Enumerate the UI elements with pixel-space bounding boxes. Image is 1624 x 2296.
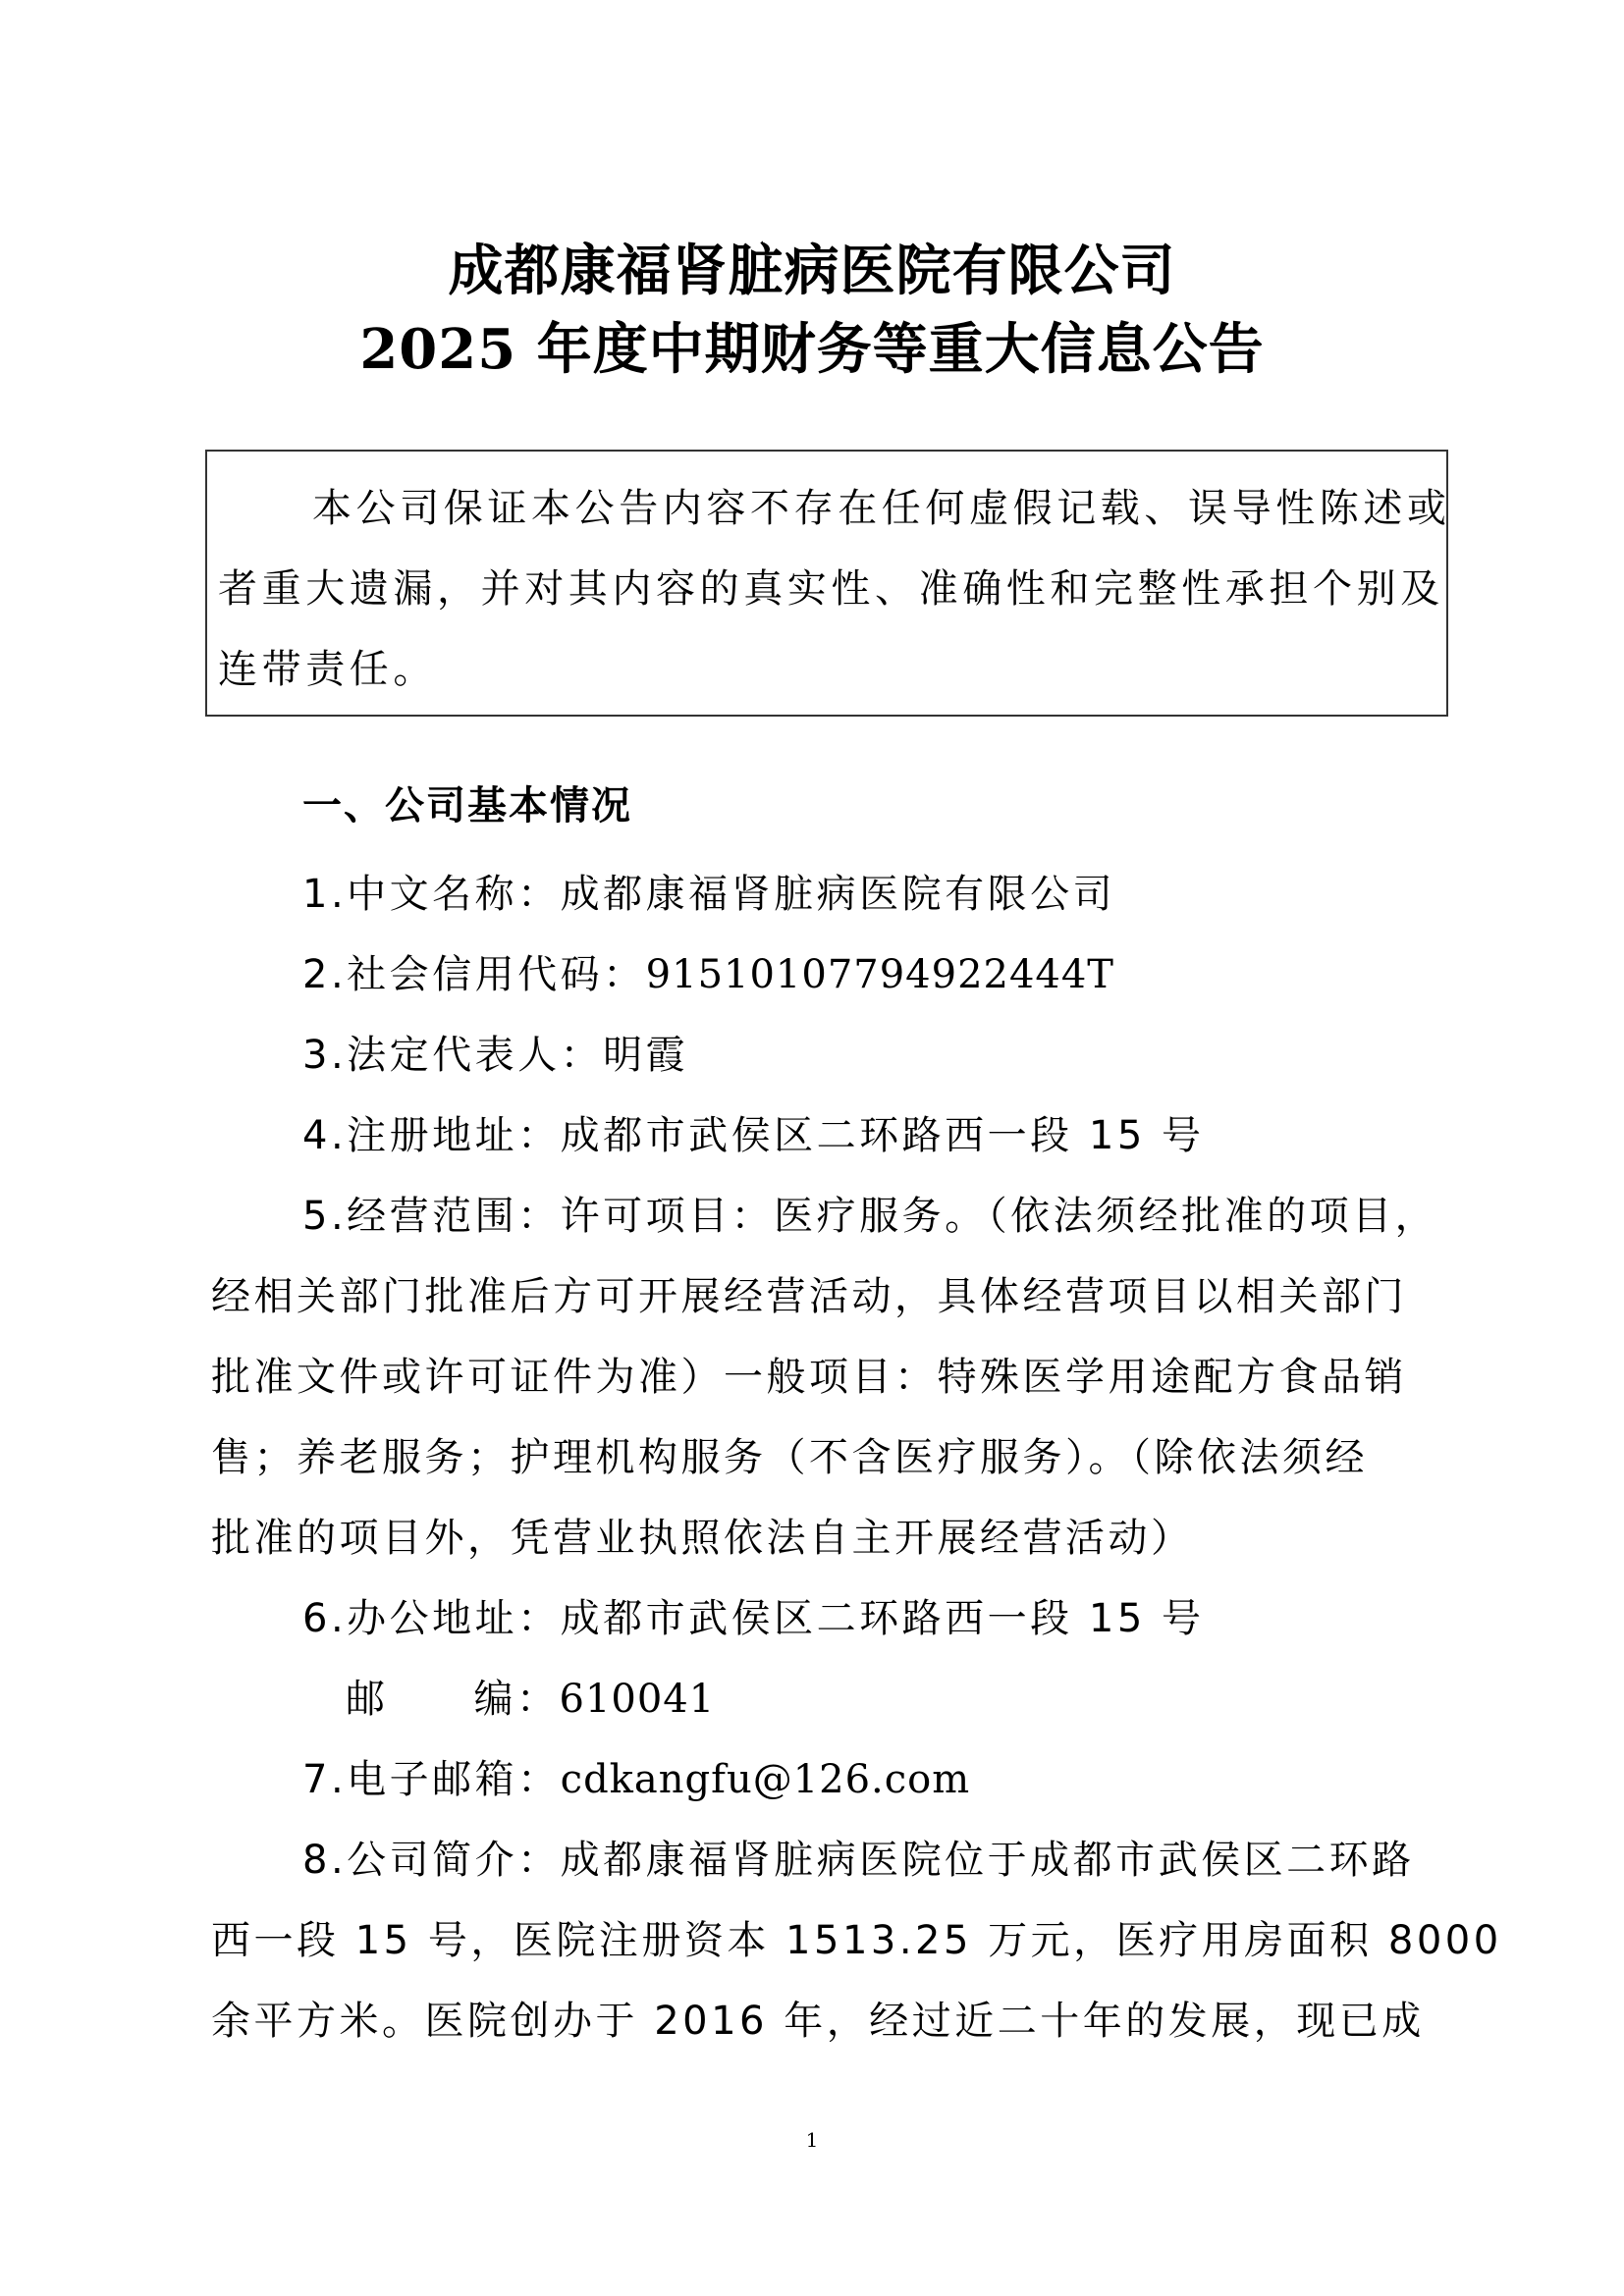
company-profile-line-2: 西一段 15 号，医院注册资本 1513.25 万元，医疗用房面积 8000 bbox=[211, 1916, 1502, 1965]
info-label: 2.社会信用代码： bbox=[302, 952, 646, 997]
disclaimer-line-2: 者重大遗漏，并对其内容的真实性、准确性和完整性承担个别及 bbox=[218, 564, 1444, 614]
info-item-business-scope: 5.经营范围：许可项目：医疗服务。（依法须经批准的项目， bbox=[302, 1192, 1437, 1241]
business-scope-line-3: 批准文件或许可证件为准）一般项目：特殊医学用途配方食品销 bbox=[211, 1353, 1407, 1402]
company-profile-line-3: 余平方米。医院创办于 2016 年，经过近二十年的发展，现已成 bbox=[211, 1997, 1425, 2046]
info-item-credit-code: 2.社会信用代码：91510107794922444T bbox=[302, 950, 1114, 999]
info-value: 成都康福肾脏病医院有限公司 bbox=[561, 872, 1116, 917]
info-item-company-profile: 8.公司简介：成都康福肾脏病医院位于成都市武侯区二环路 bbox=[302, 1836, 1415, 1885]
info-value: 许可项目：医疗服务。（依法须经批准的项目， bbox=[561, 1194, 1438, 1239]
info-value: 610041 bbox=[560, 1677, 716, 1722]
info-item-office-address: 6.办公地址：成都市武侯区二环路西一段 15 号 bbox=[302, 1594, 1205, 1643]
info-label: 4.注册地址： bbox=[302, 1113, 561, 1158]
info-value: cdkangfu@126.com bbox=[561, 1757, 971, 1802]
info-label: 5.经营范围： bbox=[302, 1194, 561, 1239]
business-scope-line-2: 经相关部门批准后方可开展经营活动，具体经营项目以相关部门 bbox=[211, 1272, 1407, 1321]
business-scope-line-4: 售；养老服务；护理机构服务（不含医疗服务）。（除依法须经 bbox=[211, 1433, 1368, 1482]
info-item-legal-representative: 3.法定代表人：明霞 bbox=[302, 1031, 688, 1080]
info-value: 成都康福肾脏病医院位于成都市武侯区二环路 bbox=[561, 1838, 1415, 1883]
info-label: 7.电子邮箱： bbox=[302, 1757, 561, 1802]
disclaimer-line-3: 连带责任。 bbox=[218, 645, 437, 694]
info-label: 3.法定代表人： bbox=[302, 1033, 603, 1078]
info-item-email: 7.电子邮箱：cdkangfu@126.com bbox=[302, 1755, 970, 1804]
page-number: 1 bbox=[0, 2128, 1624, 2152]
business-scope-line-5: 批准的项目外，凭营业执照依法自主开展经营活动） bbox=[211, 1514, 1194, 1563]
section-heading-company-info: 一、公司基本情况 bbox=[302, 781, 632, 830]
info-label: 1.中文名称： bbox=[302, 872, 561, 917]
document-title-line2: 2025 年度中期财务等重大信息公告 bbox=[0, 314, 1624, 385]
info-item-registered-address: 4.注册地址：成都市武侯区二环路西一段 15 号 bbox=[302, 1111, 1205, 1160]
disclaimer-line-1: 本公司保证本公告内容不存在任何虚假记载、误导性陈述或 bbox=[312, 484, 1451, 533]
info-value: 成都市武侯区二环路西一段 15 号 bbox=[561, 1113, 1205, 1158]
document-title-line1: 成都康福肾脏病医院有限公司 bbox=[0, 236, 1624, 306]
info-item-postal-code: 邮 编：610041 bbox=[346, 1675, 715, 1724]
info-value: 成都市武侯区二环路西一段 15 号 bbox=[561, 1596, 1205, 1641]
info-item-chinese-name: 1.中文名称：成都康福肾脏病医院有限公司 bbox=[302, 870, 1115, 919]
document-page: 成都康福肾脏病医院有限公司 2025 年度中期财务等重大信息公告 本公司保证本公… bbox=[0, 0, 1624, 2296]
info-label: 邮 编： bbox=[346, 1677, 560, 1722]
info-label: 8.公司简介： bbox=[302, 1838, 561, 1883]
info-value: 91510107794922444T bbox=[646, 952, 1114, 997]
info-label: 6.办公地址： bbox=[302, 1596, 561, 1641]
info-value: 明霞 bbox=[603, 1033, 688, 1078]
